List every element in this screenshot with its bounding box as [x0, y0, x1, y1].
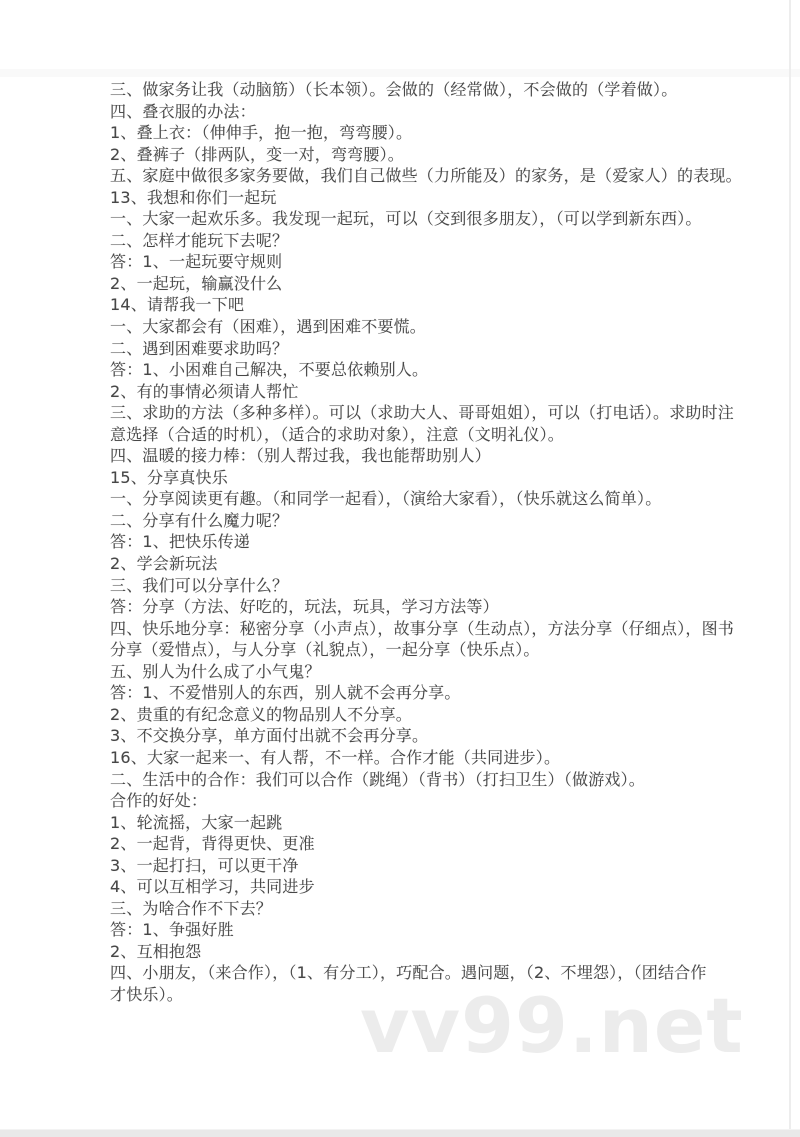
text-line: 答：1、一起玩要守规则	[110, 251, 730, 273]
text-line: 3、一起打扫，可以更干净	[110, 855, 730, 877]
text-line: 16、大家一起来一、有人帮，不一样。合作才能（共同进步）。	[110, 747, 730, 769]
text-line: 二、分享有什么魔力呢？	[110, 510, 730, 532]
text-line: 4、可以互相学习，共同进步	[110, 876, 730, 898]
page-top-shade-band	[0, 69, 800, 77]
text-line: 一、分享阅读更有趣。（和同学一起看），（演给大家看），（快乐就这么简单）。	[110, 488, 730, 510]
text-line: 一、大家都会有（困难），遇到困难不要慌。	[110, 316, 730, 338]
text-line: 1、轮流摇，大家一起跳	[110, 812, 730, 834]
text-line: 五、别人为什么成了小气鬼？	[110, 661, 730, 683]
text-line: 意选择（合适的时机），（适合的求助对象），注意（文明礼仪）。	[110, 424, 730, 446]
text-line: 三、我们可以分享什么？	[110, 575, 730, 597]
text-line: 一、大家一起欢乐多。我发现一起玩，可以（交到很多朋友），（可以学到新东西）。	[110, 208, 730, 230]
text-line: 2、一起背，背得更快、更准	[110, 833, 730, 855]
text-line: 二、生活中的合作：我们可以合作（跳绳）（背书）（打扫卫生）（做游戏）。	[110, 769, 730, 791]
text-line: 14、请帮我一下吧	[110, 294, 730, 316]
text-line: 二、怎样才能玩下去呢？	[110, 230, 730, 252]
text-line: 2、贵重的有纪念意义的物品别人不分享。	[110, 704, 730, 726]
text-line: 答：1、争强好胜	[110, 919, 730, 941]
text-line: 分享（爱惜点），与人分享（礼貌点），一起分享（快乐点）。	[110, 639, 730, 661]
text-line: 四、叠衣服的办法：	[110, 101, 730, 123]
text-line: 答：分享（方法、好吃的，玩法，玩具，学习方法等）	[110, 596, 730, 618]
scanned-document-page: 三、做家务让我（动脑筋）（长本领）。会做的（经常做），不会做的（学着做）。四、叠…	[0, 0, 800, 1137]
text-line: 15、分享真快乐	[110, 467, 730, 489]
text-line: 2、互相抱怨	[110, 941, 730, 963]
text-line: 合作的好处：	[110, 790, 730, 812]
text-line: 三、做家务让我（动脑筋）（长本领）。会做的（经常做），不会做的（学着做）。	[110, 79, 730, 101]
text-line: 2、学会新玩法	[110, 553, 730, 575]
text-line: 答：1、小困难自己解决，不要总依赖别人。	[110, 359, 730, 381]
document-text-block: 三、做家务让我（动脑筋）（长本领）。会做的（经常做），不会做的（学着做）。四、叠…	[110, 79, 730, 1006]
text-line: 答：1、把快乐传递	[110, 531, 730, 553]
page-right-edge-line	[789, 0, 791, 1137]
text-line: 2、有的事情必须请人帮忙	[110, 381, 730, 403]
bottom-gray-strip	[0, 1129, 800, 1137]
text-line: 2、一起玩，输赢没什么	[110, 273, 730, 295]
text-line: 二、遇到困难要求助吗？	[110, 338, 730, 360]
text-line: 四、温暖的接力棒：（别人帮过我，我也能帮助别人）	[110, 445, 730, 467]
text-line: 13、我想和你们一起玩	[110, 187, 730, 209]
text-line: 答：1、不爱惜别人的东西，别人就不会再分享。	[110, 682, 730, 704]
text-line: 2、叠裤子（排两队，变一对，弯弯腰）。	[110, 144, 730, 166]
text-line: 1、叠上衣：（伸伸手，抱一抱，弯弯腰）。	[110, 122, 730, 144]
text-line: 五、家庭中做很多家务要做，我们自己做些（力所能及）的家务，是（爱家人）的表现。	[110, 165, 730, 187]
text-line: 三、为啥合作不下去？	[110, 898, 730, 920]
text-line: 3、不交换分享，单方面付出就不会再分享。	[110, 725, 730, 747]
watermark-text: vv99.net	[360, 988, 744, 1064]
text-line: 四、快乐地分享：秘密分享（小声点），故事分享（生动点），方法分享（仔细点），图书	[110, 618, 730, 640]
text-line: 三、求助的方法（多种多样）。可以（求助大人、哥哥姐姐），可以（打电话）。求助时注	[110, 402, 730, 424]
